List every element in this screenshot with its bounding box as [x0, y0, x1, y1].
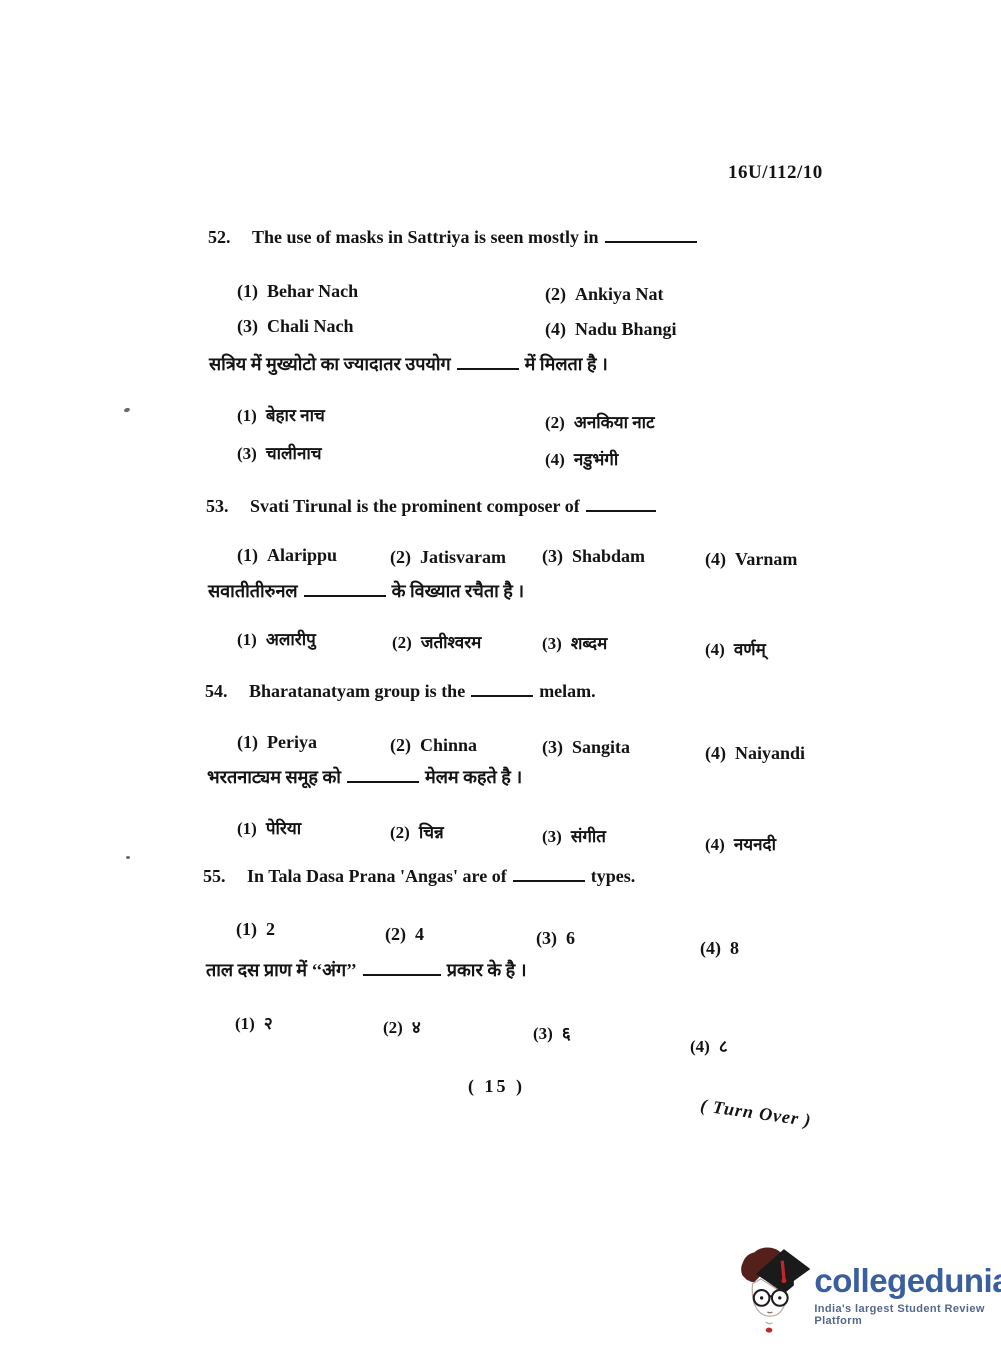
option-label: (1)	[237, 281, 258, 301]
option-52-hindi-4: (4)नडुभंगी	[545, 447, 618, 470]
turn-over-note: ( Turn Over )	[699, 1095, 813, 1131]
option-label: (3)	[542, 737, 563, 757]
option-label: (4)	[690, 1037, 710, 1056]
option-label: (2)	[390, 823, 410, 842]
option-53-hindi-1: (1)अलारीपु	[237, 627, 316, 650]
stem-text-after: में मिलता है ।	[525, 354, 608, 374]
option-label: (4)	[705, 549, 726, 569]
option-label: (3)	[237, 444, 257, 463]
stem-text: Svati Tirunal is the prominent composer …	[250, 496, 580, 516]
blank-line	[304, 595, 386, 597]
option-label: (3)	[533, 1024, 553, 1043]
option-55-hindi-4: (4)८	[690, 1034, 728, 1057]
option-label: (3)	[542, 546, 563, 566]
option-label: (4)	[700, 938, 721, 958]
option-text: Chinna	[420, 735, 477, 755]
option-53-3: (3)Shabdam	[542, 546, 645, 567]
stem-text-after: मेलम कहते है ।	[425, 767, 522, 787]
mascot-graduate-icon	[736, 1240, 810, 1336]
scan-speck	[123, 407, 130, 413]
option-label: (3)	[542, 634, 562, 653]
option-54-hindi-1: (1)पेरिया	[237, 816, 301, 839]
question-number: 53.	[206, 496, 250, 517]
option-text: चिन्न	[419, 823, 444, 842]
option-text: Sangita	[572, 737, 630, 757]
blank-line	[457, 368, 519, 370]
question-53-hindi-stem: सवातीतीरुनलके विख्यात रचैता है ।	[208, 579, 524, 603]
option-52-3: (3)Chali Nach	[237, 316, 354, 337]
option-text: बेहार नाच	[266, 406, 325, 425]
option-54-hindi-4: (4)नयनदी	[705, 832, 776, 855]
exam-paper-page: 16U/112/10 52.The use of masks in Sattri…	[0, 0, 1001, 1356]
stem-text: भरतनाट्यम समूह को	[207, 767, 341, 787]
option-label: (4)	[545, 319, 566, 339]
option-text: चालीनाच	[266, 444, 322, 463]
option-label: (1)	[237, 630, 257, 649]
option-label: (2)	[390, 547, 411, 567]
option-text: वर्णम्	[734, 640, 766, 659]
option-53-4: (4)Varnam	[705, 549, 797, 570]
option-53-hindi-4: (4)वर्णम्	[705, 637, 766, 660]
question-number: 55.	[203, 866, 247, 887]
stem-text: सवातीतीरुनल	[208, 581, 298, 601]
question-54-hindi-stem: भरतनाट्यम समूह कोमेलम कहते है ।	[207, 765, 522, 789]
option-52-4: (4)Nadu Bhangi	[545, 319, 677, 340]
option-text: Naiyandi	[735, 743, 805, 763]
option-text: Alarippu	[267, 545, 337, 565]
option-55-hindi-2: (2)४	[383, 1015, 421, 1038]
option-label: (1)	[237, 406, 257, 425]
scan-speck	[126, 856, 130, 859]
option-52-hindi-2: (2)अनकिया नाट	[545, 410, 655, 433]
option-55-3: (3)6	[536, 928, 575, 949]
option-55-hindi-3: (3)६	[533, 1021, 571, 1044]
question-52-hindi-stem: सत्रिय में मुख्योटो का ज्यादातर उपयोगमें…	[209, 352, 608, 376]
blank-line	[471, 695, 533, 697]
stem-text-after: melam.	[539, 681, 595, 701]
option-label: (2)	[383, 1018, 403, 1037]
question-55-hindi-stem: ताल दस प्राण में ‘‘अंग’’प्रकार के है ।	[206, 958, 527, 982]
option-52-2: (2)Ankiya Nat	[545, 284, 664, 305]
stem-text: ताल दस प्राण में ‘‘अंग’’	[206, 960, 357, 980]
stem-text-after: types.	[591, 866, 636, 886]
option-text: शब्दम	[571, 634, 607, 653]
option-54-4: (4)Naiyandi	[705, 743, 805, 764]
question-number: 52.	[208, 227, 252, 248]
blank-line	[347, 781, 419, 783]
option-55-2: (2)4	[385, 924, 424, 945]
option-text: Ankiya Nat	[575, 284, 664, 304]
option-52-hindi-3: (3)चालीनाच	[237, 441, 322, 464]
option-53-1: (1)Alarippu	[237, 545, 337, 566]
option-text: २	[264, 1014, 273, 1033]
stem-text-after: के विख्यात रचैता है ।	[392, 581, 524, 601]
question-54-stem: 54.Bharatanatyam group is themelam.	[205, 681, 596, 702]
option-55-hindi-1: (1)२	[235, 1011, 273, 1034]
option-54-2: (2)Chinna	[390, 735, 477, 756]
question-55-stem: 55.In Tala Dasa Prana 'Angas' are oftype…	[203, 866, 635, 887]
option-text: 2	[266, 919, 275, 939]
option-text: Periya	[267, 732, 317, 752]
option-label: (3)	[237, 316, 258, 336]
option-label: (1)	[237, 732, 258, 752]
stem-text-after: प्रकार के है ।	[447, 960, 527, 980]
paper-code: 16U/112/10	[728, 162, 823, 184]
option-text: ६	[562, 1024, 571, 1043]
blank-line	[586, 510, 656, 512]
stem-text: Bharatanatyam group is the	[249, 681, 465, 701]
stem-text: सत्रिय में मुख्योटो का ज्यादातर उपयोग	[209, 354, 451, 374]
option-text: नडुभंगी	[574, 450, 618, 469]
brand-wordmark: collegedunia	[814, 1264, 1001, 1297]
option-text: अलारीपु	[266, 630, 316, 649]
option-label: (2)	[385, 924, 406, 944]
option-text: Chali Nach	[267, 316, 354, 336]
brand-tagline: India's largest Student Review Platform	[814, 1303, 1001, 1327]
option-text: जतीश्वरम	[421, 633, 482, 652]
question-53-stem: 53.Svati Tirunal is the prominent compos…	[206, 496, 662, 517]
option-text: संगीत	[571, 827, 606, 846]
option-label: (2)	[545, 413, 565, 432]
option-54-1: (1)Periya	[237, 732, 317, 753]
option-52-hindi-1: (1)बेहार नाच	[237, 403, 325, 426]
option-text: पेरिया	[266, 819, 301, 838]
option-54-3: (3)Sangita	[542, 737, 630, 758]
option-label: (3)	[542, 827, 562, 846]
option-text: 4	[415, 924, 424, 944]
question-number: 54.	[205, 681, 249, 702]
option-label: (4)	[545, 450, 565, 469]
option-text: Jatisvaram	[420, 547, 506, 567]
option-label: (1)	[236, 919, 257, 939]
option-text: 6	[566, 928, 575, 948]
option-label: (4)	[705, 835, 725, 854]
option-label: (2)	[392, 633, 412, 652]
option-label: (3)	[536, 928, 557, 948]
option-text: अनकिया नाट	[574, 413, 655, 432]
option-label: (2)	[390, 735, 411, 755]
blank-line	[513, 880, 585, 882]
option-label: (2)	[545, 284, 566, 304]
option-55-1: (1)2	[236, 919, 275, 940]
option-53-2: (2)Jatisvaram	[390, 547, 506, 568]
option-text: Behar Nach	[267, 281, 358, 301]
stem-text: In Tala Dasa Prana 'Angas' are of	[247, 866, 507, 886]
option-text: 8	[730, 938, 739, 958]
blank-line	[363, 974, 441, 976]
option-label: (4)	[705, 640, 725, 659]
option-text: Shabdam	[572, 546, 645, 566]
option-text: नयनदी	[734, 835, 776, 854]
option-text: Varnam	[735, 549, 797, 569]
option-text: ८	[719, 1037, 728, 1056]
collegedunia-logo: collegedunia .com India's largest Studen…	[736, 1240, 1001, 1336]
option-label: (1)	[237, 545, 258, 565]
page-number: ( 15 )	[468, 1076, 525, 1097]
option-53-hindi-3: (3)शब्दम	[542, 631, 607, 654]
option-text: ४	[412, 1018, 421, 1037]
option-label: (1)	[237, 819, 257, 838]
stem-text: The use of masks in Sattriya is seen mos…	[252, 227, 599, 247]
question-52-stem: 52.The use of masks in Sattriya is seen …	[208, 227, 703, 248]
option-52-1: (1)Behar Nach	[237, 281, 358, 302]
option-label: (1)	[235, 1014, 255, 1033]
option-55-4: (4)8	[700, 938, 739, 959]
option-53-hindi-2: (2)जतीश्वरम	[392, 630, 481, 653]
option-label: (4)	[705, 743, 726, 763]
option-54-hindi-2: (2)चिन्न	[390, 820, 444, 843]
option-54-hindi-3: (3)संगीत	[542, 824, 606, 847]
option-text: Nadu Bhangi	[575, 319, 677, 339]
blank-line	[605, 241, 697, 243]
